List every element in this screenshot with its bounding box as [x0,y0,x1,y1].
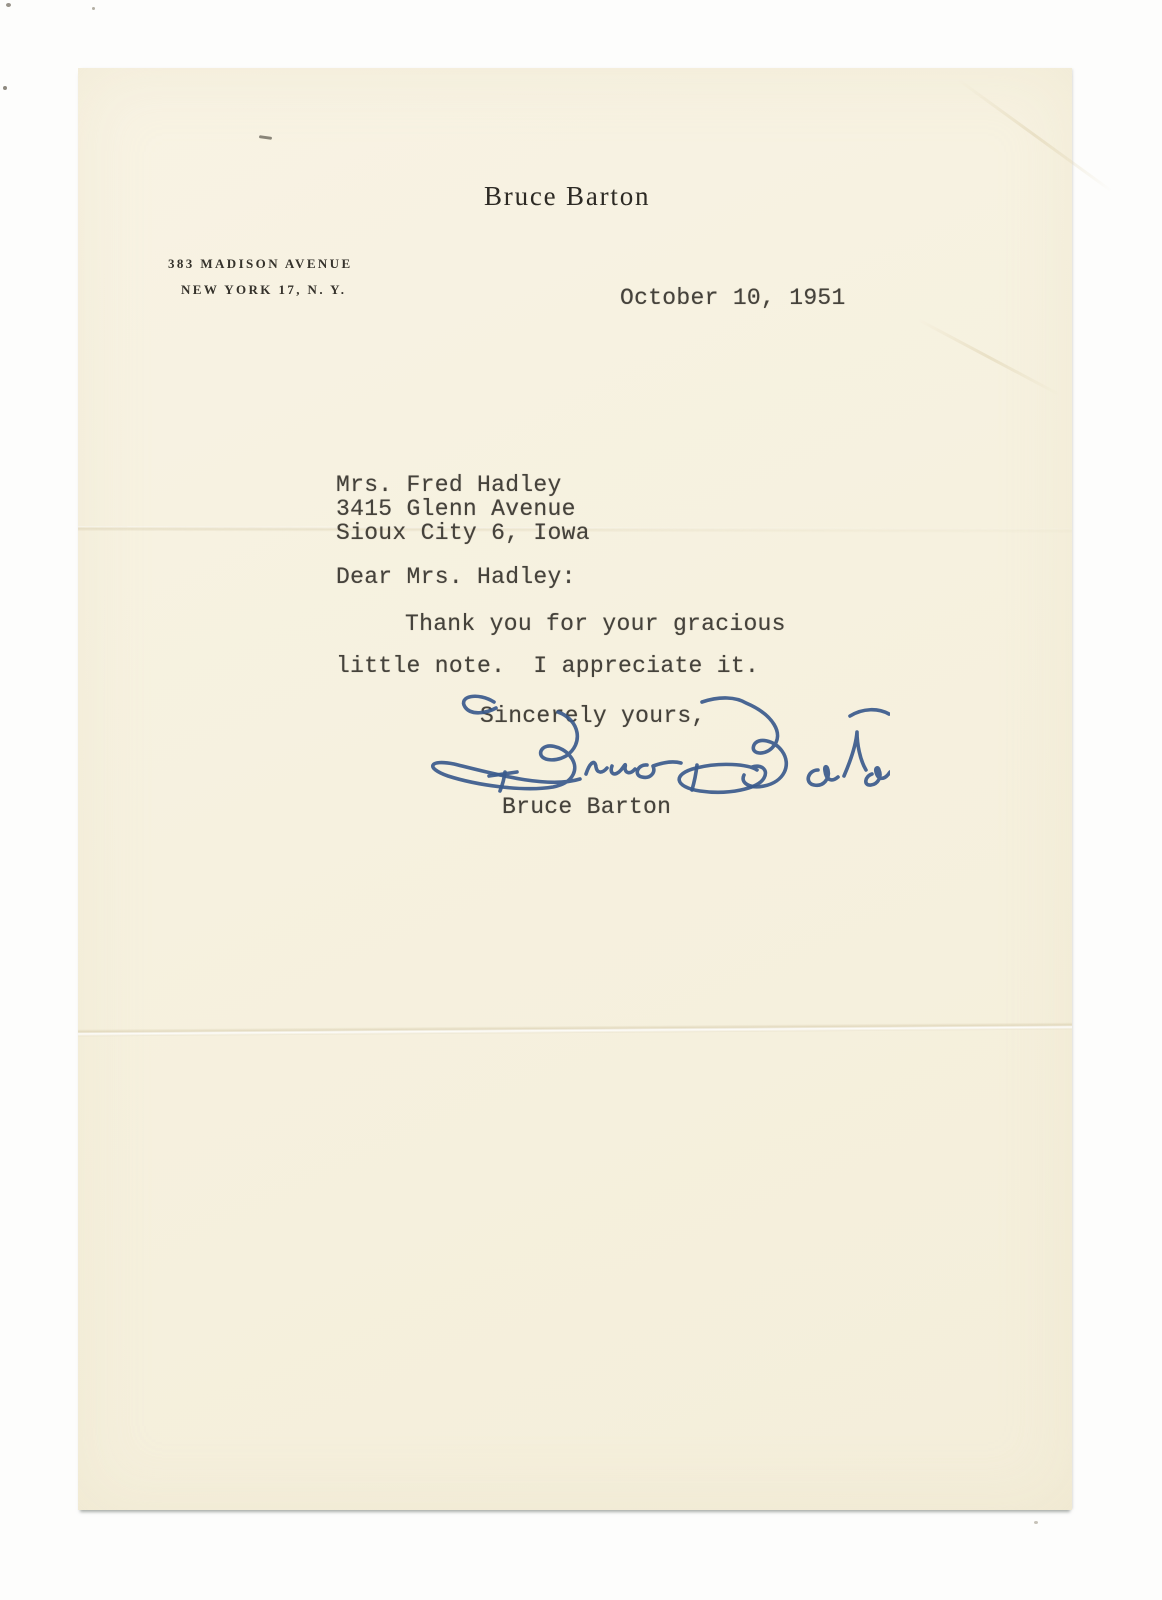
letterhead-name: Bruce Barton [484,181,650,212]
letter-date: October 10, 1951 [620,286,846,311]
edge-mark [259,135,272,140]
recipient-street: 3415 Glenn Avenue [336,497,576,522]
letterhead-address-line2: NEW YORK 17, N. Y. [181,282,346,298]
letter-paper: Bruce Barton 383 MADISON AVENUE NEW YORK… [78,68,1072,1510]
dust-speck [6,3,11,7]
dust-speck [92,7,95,10]
typed-signature-name: Bruce Barton [502,795,671,820]
recipient-name: Mrs. Fred Hadley [336,473,562,498]
fold-crease-lower [78,1023,1072,1037]
dust-speck [3,86,7,90]
recipient-city: Sioux City 6, Iowa [336,521,590,546]
body-line-1: Thank you for your gracious [405,612,786,637]
letterhead-address-line1: 383 MADISON AVENUE [168,256,353,272]
corner-crease [957,78,1112,192]
salutation: Dear Mrs. Hadley: [336,565,576,590]
handwritten-signature [420,690,890,805]
dust-speck [1034,1521,1038,1524]
corner-crease [917,318,1060,396]
body-line-2: little note. I appreciate it. [336,654,759,679]
scanned-letter-background: Bruce Barton 383 MADISON AVENUE NEW YORK… [0,0,1162,1600]
